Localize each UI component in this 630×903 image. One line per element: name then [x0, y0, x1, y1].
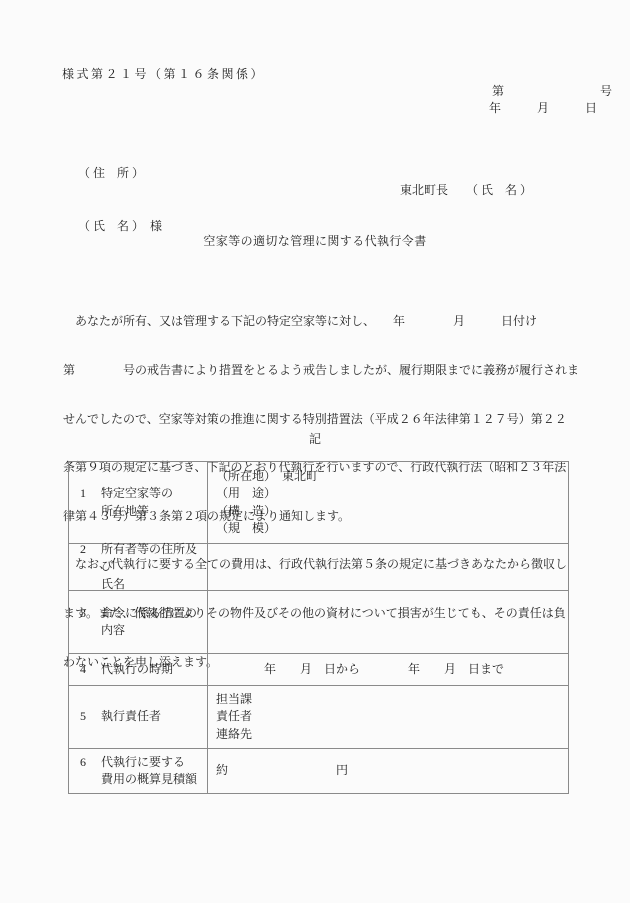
document-title: 空家等の適切な管理に関する代執行令書: [0, 232, 630, 249]
row-label-cell: 5 執行責任者: [69, 686, 208, 748]
row-number: 6: [80, 754, 101, 772]
row-content: 約 円: [208, 749, 568, 793]
table-row: 6 代執行に要する 費用の概算見積額 約 円: [69, 748, 568, 793]
doc-number-line: 第 号: [492, 82, 612, 99]
row-label-cell: 6 代執行に要する 費用の概算見積額: [69, 749, 208, 793]
document-page: 様式第２１号（第１６条関係） 第 号 年 月 日 （ 住 所 ） （ 氏 名 ）…: [0, 0, 630, 903]
row-label: 命令に係る措置の 内容: [101, 605, 197, 640]
row-number: 3: [80, 605, 101, 623]
body-line: あなたが所有、又は管理する下記の特定空家等に対し、 年 月 日付け: [63, 313, 579, 329]
addressee-address: （ 住 所 ）: [78, 165, 162, 183]
row-label-cell: 3 命令に係る措置の 内容: [69, 591, 208, 653]
body-line: 第 号の戒告書により措置をとるよう戒告しましたが、履行期限までに義務が履行されま: [63, 362, 579, 378]
row-content: （所在地） 東北町 （用 途） （構 造） （規 模）: [208, 462, 568, 543]
row-label: 特定空家等の 所在地等: [101, 485, 173, 520]
row-label: 執行責任者: [101, 708, 161, 726]
row-number: 5: [80, 708, 101, 726]
row-label-cell: 2 所有者等の住所及び 氏名: [69, 544, 208, 590]
date-line: 年 月 日: [489, 99, 597, 116]
addressee-block: （ 住 所 ） （ 氏 名 ） 様: [78, 130, 162, 270]
row-label: 代執行に要する 費用の概算見積額: [101, 754, 197, 789]
form-number: 様式第２１号（第１６条関係）: [62, 65, 265, 82]
issuer-line: 東北町長 （ 氏 名 ）: [400, 181, 532, 198]
row-label: 所有者等の住所及び 氏名: [101, 541, 207, 594]
table-row: 4 代執行の時期 年 月 日から 年 月 日まで: [69, 653, 568, 685]
row-content: [208, 591, 568, 653]
row-content: [208, 544, 568, 590]
detail-table: 1 特定空家等の 所在地等 （所在地） 東北町 （用 途） （構 造） （規 模…: [68, 461, 569, 794]
row-content: 担当課 責任者 連絡先: [208, 686, 568, 748]
row-number: 4: [80, 661, 101, 679]
ki-marker: 記: [0, 430, 630, 447]
row-label-cell: 1 特定空家等の 所在地等: [69, 462, 208, 543]
body-line: せんでしたので、空家等対策の推進に関する特別措置法（平成２６年法律第１２７号）第…: [63, 411, 579, 427]
row-number: 1: [80, 485, 101, 503]
row-content: 年 月 日から 年 月 日まで: [208, 654, 568, 685]
table-row: 2 所有者等の住所及び 氏名: [69, 543, 568, 590]
table-row: 3 命令に係る措置の 内容: [69, 590, 568, 653]
row-label-cell: 4 代執行の時期: [69, 654, 208, 685]
row-number: 2: [80, 541, 101, 559]
row-label: 代執行の時期: [101, 661, 173, 679]
table-row: 5 執行責任者 担当課 責任者 連絡先: [69, 685, 568, 748]
table-row: 1 特定空家等の 所在地等 （所在地） 東北町 （用 途） （構 造） （規 模…: [69, 462, 568, 543]
